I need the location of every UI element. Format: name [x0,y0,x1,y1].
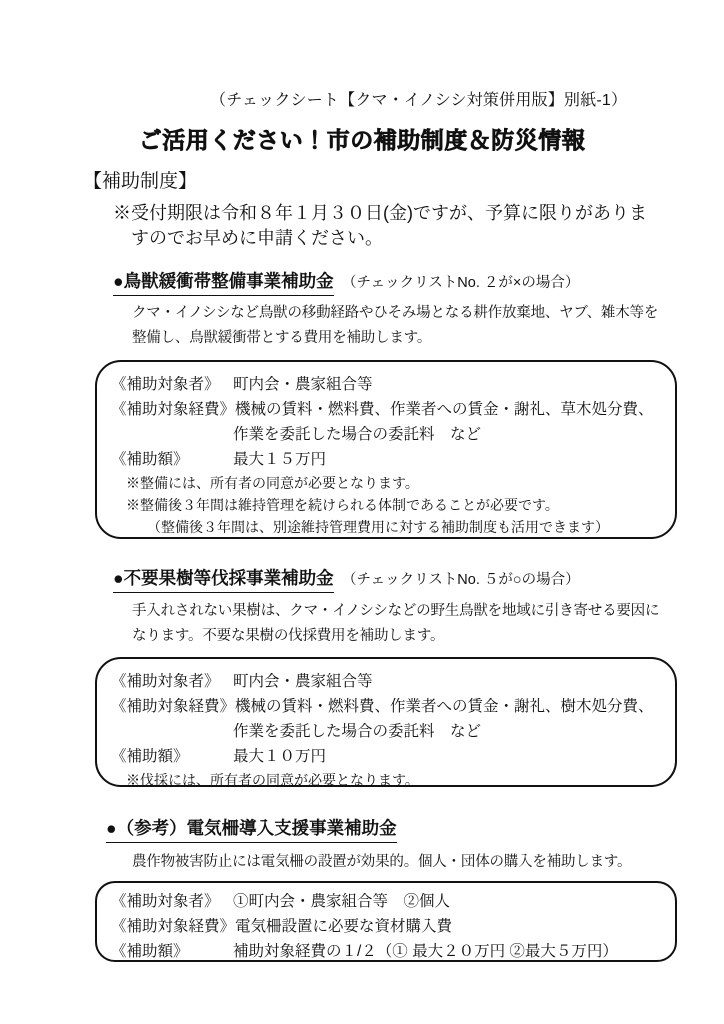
section-heading-text: ●不要果樹等伐採事業補助金 [113,565,334,593]
description-line: 農作物被害防止には電気柵の設置が効果的。個人・団体の購入を補助します。 [132,850,631,875]
notice-line-1: ※受付期限は令和８年１月３０日(金)ですが、予算に限りがありま [113,201,647,226]
notice-line-2: すのでお早めに申請ください。 [113,226,647,251]
application-deadline-notice: ※受付期限は令和８年１月３０日(金)ですが、予算に限りがありま すのでお早めに申… [113,201,647,251]
document-page: （チェックシート【クマ・イノシシ対策併用版】別紙-1） ご活用ください！市の補助… [0,0,724,1024]
detail-row: 作業を委託した場合の委託料 など [111,719,659,744]
section-heading-text: ●（参考）電気柵導入支援事業補助金 [106,815,397,843]
detail-row: 《補助対象経費》機械の賃料・燃料費、作業者への賃金・謝礼、草木処分費、 [111,397,659,422]
detail-row-label: 《補助対象経費》 [111,694,235,719]
subsidy-system-label: 【補助制度】 [83,166,197,193]
section-heading-note: （チェックリストNo. ５が○の場合） [342,572,580,588]
section-heading-text: ●鳥獣緩衝帯整備事業補助金 [113,268,334,296]
detail-row: 《補助額》最大１５万円 [111,447,659,472]
section-heading-buffer-zone: ●鳥獣緩衝帯整備事業補助金 （チェックリストNo. ２が×の場合） [113,268,579,296]
detail-row-value: 町内会・農家組合等 [233,376,373,393]
subsidy-detail-box: 《補助対象者》①町内会・農家組合等 ②個人 《補助対象経費》電気柵設置に必要な資… [95,881,677,962]
detail-row-value: 最大１０万円 [233,748,326,765]
detail-row-value: 機械の賃料・燃料費、作業者への賃金・謝礼、草木処分費、 [235,401,654,418]
detail-row-label: 《補助対象者》 [111,372,233,397]
doc-title: ご活用ください！市の補助制度＆防災情報 [0,122,724,155]
description-line: なります。不要な果樹の伐採費用を補助します。 [132,624,659,649]
section-description: 農作物被害防止には電気柵の設置が効果的。個人・団体の購入を補助します。 [132,850,631,875]
detail-row-label: 《補助対象経費》 [111,914,235,939]
description-line: 手入れされない果樹は、クマ・イノシシなどの野生鳥獣を地域に引き寄せる要因に [132,599,659,624]
detail-row-value: 機械の賃料・燃料費、作業者への賃金・謝礼、樹木処分費、 [235,698,654,715]
subsidy-detail-box: 《補助対象者》町内会・農家組合等 《補助対象経費》機械の賃料・燃料費、作業者への… [95,360,677,539]
detail-row-value: 作業を委託した場合の委託料 など [233,426,481,443]
detail-row-value: 電気柵設置に必要な資材購入費 [235,918,452,935]
section-description: 手入れされない果樹は、クマ・イノシシなどの野生鳥獣を地域に引き寄せる要因に なり… [132,599,659,649]
detail-row: 作業を委託した場合の委託料 など [111,422,659,447]
detail-row: 《補助対象経費》電気柵設置に必要な資材購入費 [111,914,659,939]
detail-row-label: 《補助対象者》 [111,889,233,914]
description-line: クマ・イノシシなど鳥獣の移動経路やひそみ場となる耕作放棄地、ヤブ、雑木等を [132,301,658,326]
detail-row: 《補助額》最大１０万円 [111,744,659,769]
detail-note: ※伐採には、所有者の同意が必要となります。 [126,769,659,791]
detail-row-label: 《補助対象経費》 [111,397,235,422]
section-heading-fruit-tree: ●不要果樹等伐採事業補助金 （チェックリストNo. ５が○の場合） [113,565,580,593]
detail-row: 《補助対象者》①町内会・農家組合等 ②個人 [111,889,659,914]
detail-row-value: 補助対象経費の１/２（① 最大２０万円 ②最大５万円） [233,943,618,960]
detail-row-label: 《補助対象者》 [111,669,233,694]
detail-note: ※整備後３年間は維持管理を続けられる体制であることが必要です。 [126,494,659,516]
detail-note: （整備後３年間は、別途維持管理費用に対する補助制度も活用できます） [147,516,659,538]
subsidy-detail-box: 《補助対象者》町内会・農家組合等 《補助対象経費》機械の賃料・燃料費、作業者への… [95,657,677,787]
detail-row-value: ①町内会・農家組合等 ②個人 [233,893,450,910]
detail-row-value: 作業を委託した場合の委託料 など [233,723,481,740]
detail-row: 《補助対象経費》機械の賃料・燃料費、作業者への賃金・謝礼、樹木処分費、 [111,694,659,719]
description-line: 整備し、鳥獣緩衝帯とする費用を補助します。 [132,326,658,351]
doc-subtitle: （チェックシート【クマ・イノシシ対策併用版】別紙-1） [210,87,627,110]
detail-row-value: 最大１５万円 [233,451,326,468]
detail-row: 《補助対象者》町内会・農家組合等 [111,372,659,397]
detail-row-label: 《補助額》 [111,447,233,472]
section-description: クマ・イノシシなど鳥獣の移動経路やひそみ場となる耕作放棄地、ヤブ、雑木等を 整備… [132,301,658,351]
detail-row-label: 《補助額》 [111,939,233,964]
detail-row-value: 町内会・農家組合等 [233,673,373,690]
section-heading-note: （チェックリストNo. ２が×の場合） [342,275,579,291]
detail-row: 《補助対象者》町内会・農家組合等 [111,669,659,694]
detail-row-label: 《補助額》 [111,744,233,769]
section-heading-electric-fence: ●（参考）電気柵導入支援事業補助金 [106,815,401,843]
detail-row: 《補助額》補助対象経費の１/２（① 最大２０万円 ②最大５万円） [111,939,659,964]
detail-note: ※整備には、所有者の同意が必要となります。 [126,472,659,494]
